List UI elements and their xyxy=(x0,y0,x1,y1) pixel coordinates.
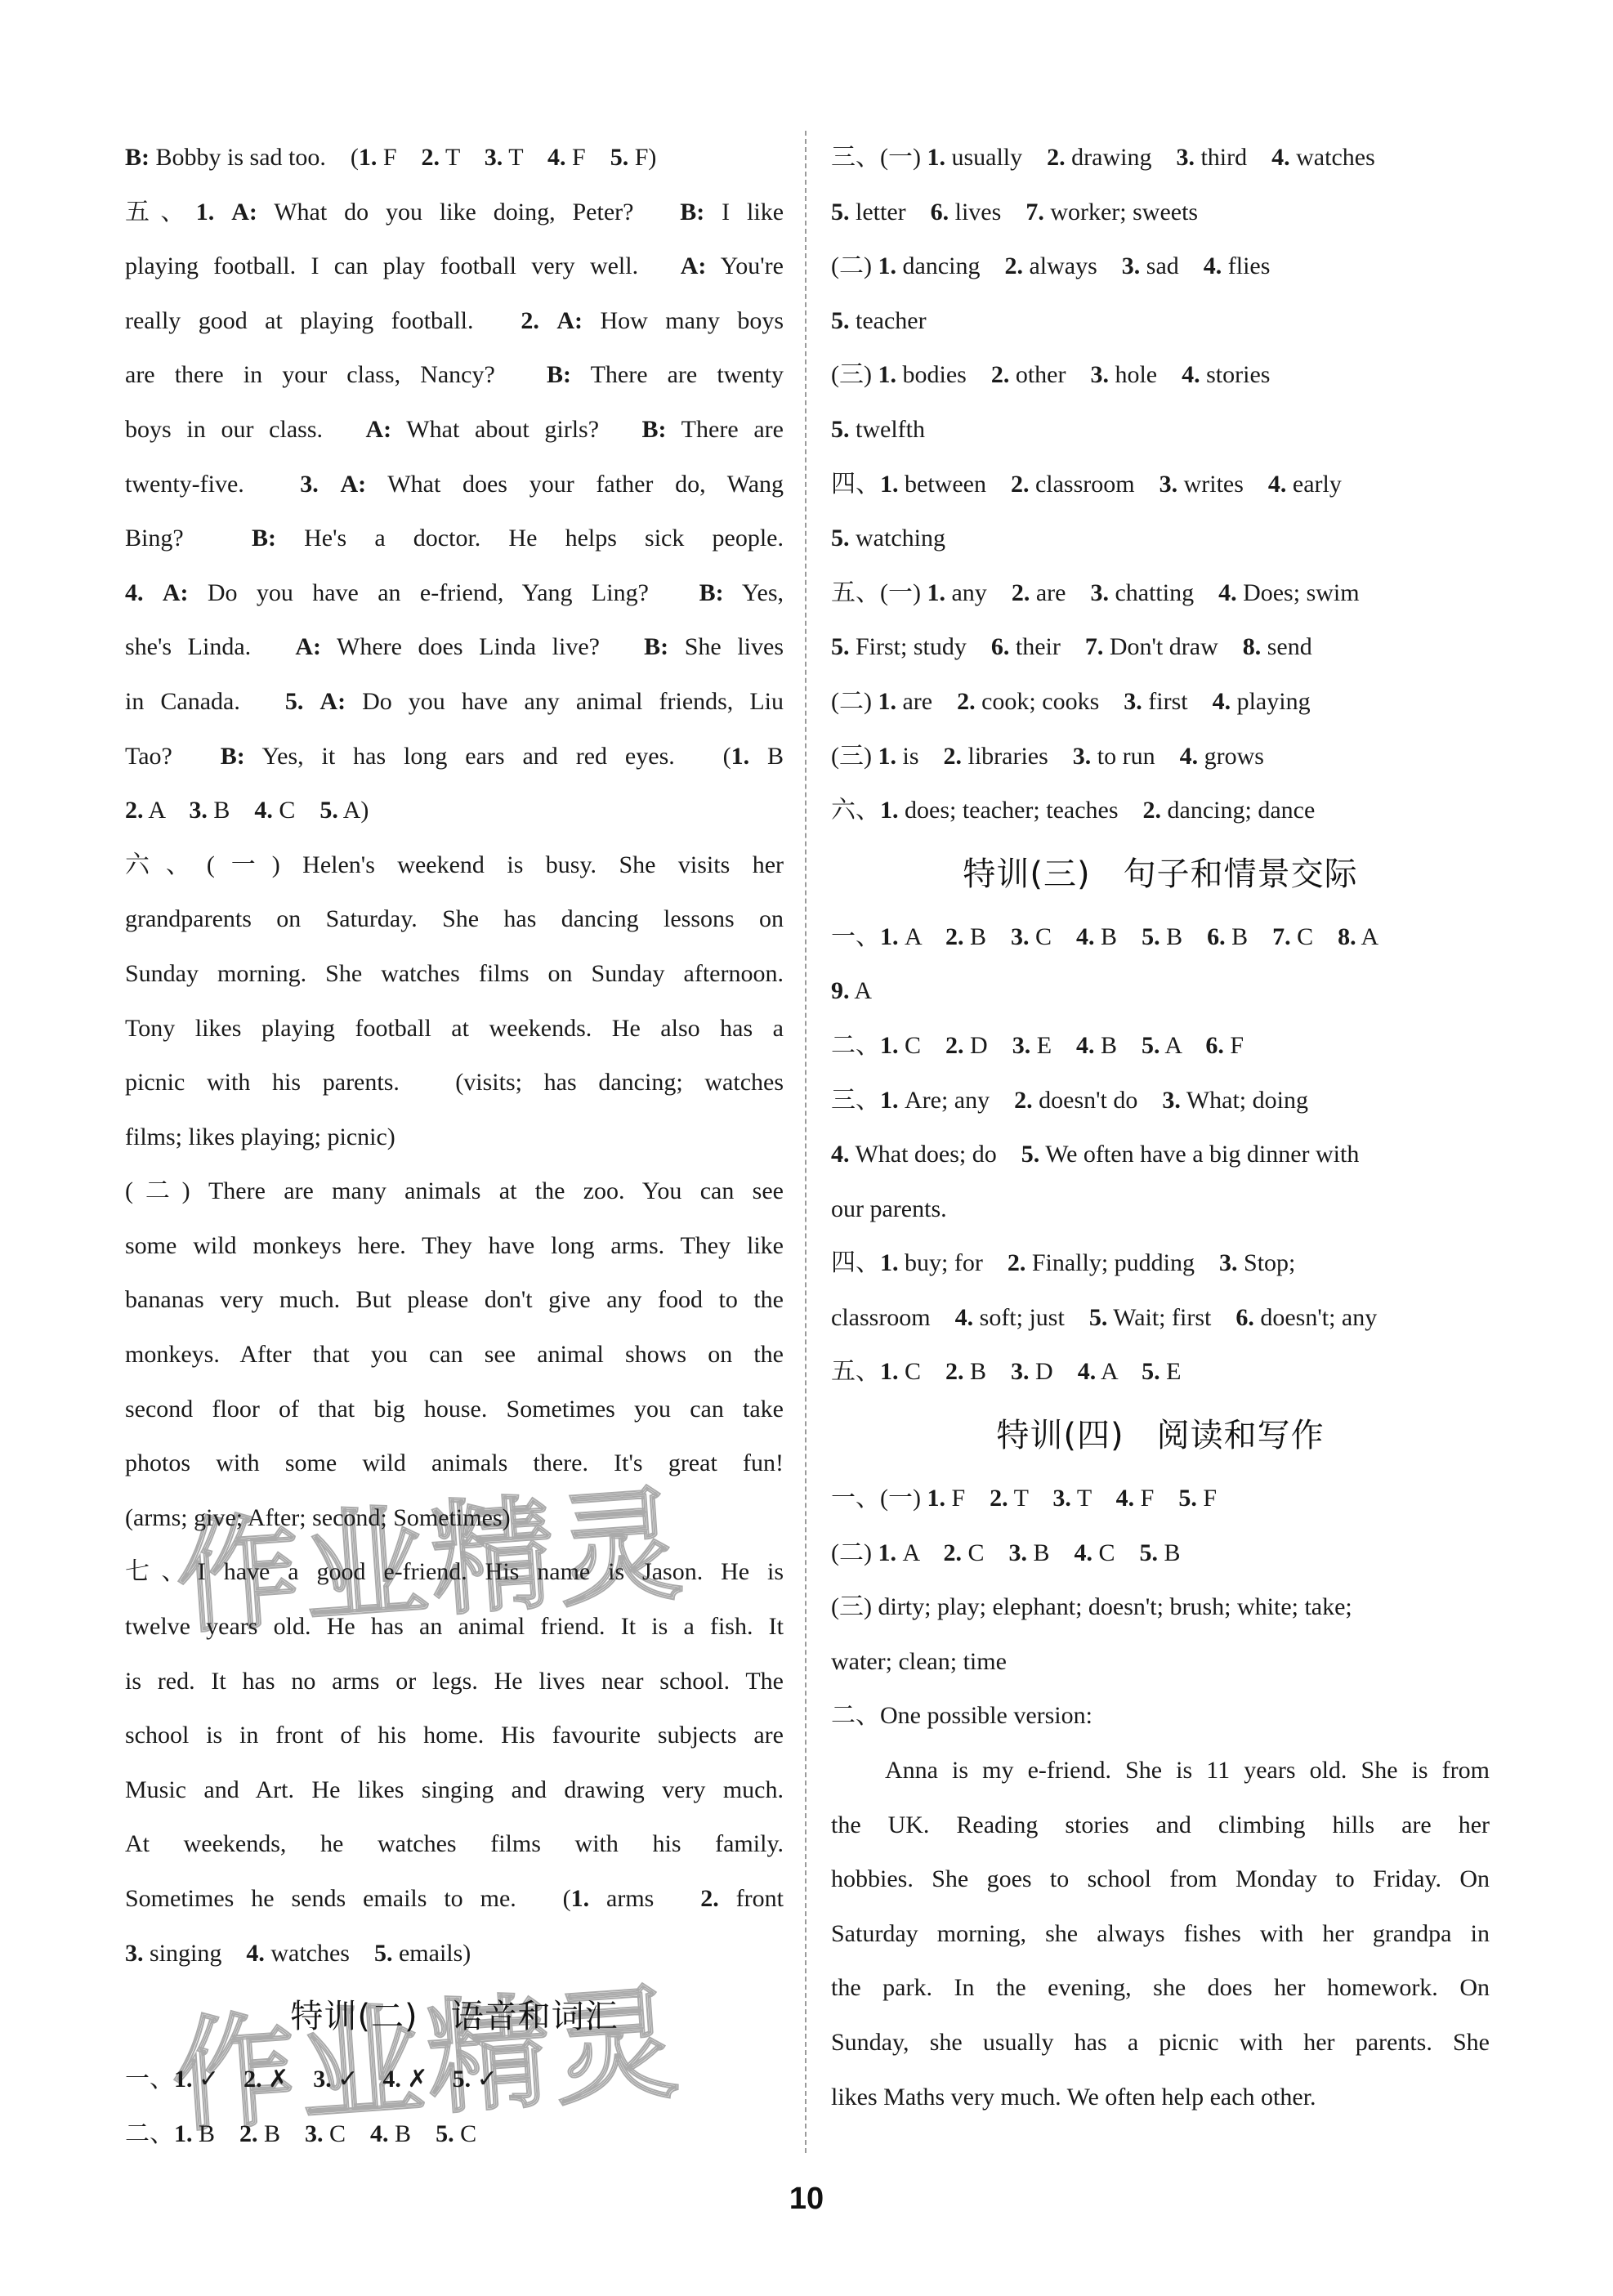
answer-line: monkeys. After that you can see animal s… xyxy=(125,1328,784,1383)
answer-line: she's Linda. A: Where does Linda live? B… xyxy=(125,620,784,675)
answer-line: in Canada. 5. A: Do you have any animal … xyxy=(125,675,784,730)
heading-prefix: 特训(四) xyxy=(996,1417,1124,1454)
answer-line: 七、I have a good e-friend. His name is Ja… xyxy=(125,1545,784,1600)
answer-line: (三) 1. is 2. libraries 3. to run 4. grow… xyxy=(831,730,1490,784)
answer-line: (arms; give; After; second; Sometimes) xyxy=(125,1491,784,1546)
answer-line: picnic with his parents. (visits; has da… xyxy=(125,1056,784,1110)
answer-line: 二、1. C 2. D 3. E 4. B 5. A 6. F xyxy=(831,1019,1490,1074)
answer-line: Tony likes playing football at weekends.… xyxy=(125,1002,784,1056)
answer-line: twelve years old. He has an animal frien… xyxy=(125,1600,784,1655)
answer-line: (二) There are many animals at the zoo. Y… xyxy=(125,1164,784,1219)
answer-line: 4. A: Do you have an e-friend, Yang Ling… xyxy=(125,566,784,621)
answer-line: some wild monkeys here. They have long a… xyxy=(125,1219,784,1274)
answer-line: (二) 1. A 2. C 3. B 4. C 5. B xyxy=(831,1526,1490,1581)
answer-line: Music and Art. He likes singing and draw… xyxy=(125,1763,784,1818)
left-answer-lines: B: Bobby is sad too. (1. F 2. T 3. T 4. … xyxy=(125,131,784,1981)
essay-line: hobbies. She goes to school from Monday … xyxy=(831,1852,1490,1907)
page-number: 10 xyxy=(0,2182,1613,2217)
answer-line: 四、1. between 2. classroom 3. writes 4. e… xyxy=(831,458,1490,512)
answer-line: 三、(一) 1. usually 2. drawing 3. third 4. … xyxy=(831,131,1490,185)
answer-line: At weekends, he watches films with his f… xyxy=(125,1817,784,1872)
essay-line: likes Maths very much. We often help eac… xyxy=(831,2070,1490,2125)
answer-line: 六、(一) Helen's weekend is busy. She visit… xyxy=(125,838,784,893)
answer-line: Sunday morning. She watches films on Sun… xyxy=(125,947,784,1002)
answer-line: 4. What does; do 5. We often have a big … xyxy=(831,1128,1490,1182)
answer-line: 一、1. ✓ 2. ✗ 3. ✓ 4. ✗ 5. ✓ xyxy=(125,2053,784,2107)
sample-essay: Anna is my e-friend. She is 11 years old… xyxy=(831,1744,1490,2124)
section-heading-2: 特训(二)语音和词汇 xyxy=(125,1981,784,2053)
answer-line: 一、1. A 2. B 3. C 4. B 5. B 6. B 7. C 8. … xyxy=(831,910,1490,965)
answer-line: are there in your class, Nancy? B: There… xyxy=(125,348,784,403)
answer-line: (三) dirty; play; elephant; doesn't; brus… xyxy=(831,1580,1490,1635)
answer-line: second floor of that big house. Sometime… xyxy=(125,1383,784,1437)
heading-title: 句子和情景交际 xyxy=(1124,855,1358,893)
answer-line: twenty-five. 3. A: What does your father… xyxy=(125,458,784,512)
answer-line: 2. A 3. B 4. C 5. A) xyxy=(125,784,784,838)
answer-line: grandparents on Saturday. She has dancin… xyxy=(125,892,784,947)
answer-line: 5. letter 6. lives 7. worker; sweets xyxy=(831,185,1490,240)
answer-line: really good at playing football. 2. A: H… xyxy=(125,294,784,349)
answer-line: 五、1. A: What do you like doing, Peter? B… xyxy=(125,185,784,240)
essay-line: the UK. Reading stories and climbing hil… xyxy=(831,1798,1490,1853)
answer-line: 3. singing 4. watches 5. emails) xyxy=(125,1927,784,1981)
answer-line: Sometimes he sends emails to me. (1. arm… xyxy=(125,1872,784,1927)
answer-line: 二、1. B 2. B 3. C 4. B 5. C xyxy=(125,2107,784,2162)
answer-line: 五、1. C 2. B 3. D 4. A 5. E xyxy=(831,1345,1490,1400)
answer-line: (三) 1. bodies 2. other 3. hole 4. storie… xyxy=(831,348,1490,403)
section-3-answers: 一、1. A 2. B 3. C 4. B 5. B 6. B 7. C 8. … xyxy=(831,910,1490,1400)
section-heading-3: 特训(三)句子和情景交际 xyxy=(831,838,1490,910)
section-heading-4: 特训(四)阅读和写作 xyxy=(831,1400,1490,1472)
answer-line: 5. watching xyxy=(831,511,1490,566)
answer-line: 三、1. Are; any 2. doesn't do 3. What; doi… xyxy=(831,1074,1490,1128)
answer-line: Tao? B: Yes, it has long ears and red ey… xyxy=(125,730,784,784)
answer-line: bananas very much. But please don't give… xyxy=(125,1273,784,1328)
answer-line: 5. twelfth xyxy=(831,403,1490,458)
answer-line: 5. teacher xyxy=(831,294,1490,349)
answer-line: (二) 1. dancing 2. always 3. sad 4. flies xyxy=(831,239,1490,294)
answer-line: 五、(一) 1. any 2. are 3. chatting 4. Does;… xyxy=(831,566,1490,621)
heading-prefix: 特训(二) xyxy=(290,1998,418,2035)
essay-line: Anna is my e-friend. She is 11 years old… xyxy=(831,1744,1490,1798)
heading-title: 语音和词汇 xyxy=(451,1998,619,2035)
heading-title: 阅读和写作 xyxy=(1157,1417,1325,1454)
answer-line: classroom 4. soft; just 5. Wait; first 6… xyxy=(831,1291,1490,1346)
answer-line: 5. First; study 6. their 7. Don't draw 8… xyxy=(831,620,1490,675)
right-answer-lines: 三、(一) 1. usually 2. drawing 3. third 4. … xyxy=(831,131,1490,838)
answer-line: boys in our class. A: What about girls? … xyxy=(125,403,784,458)
essay-line: Saturday morning, she always fishes with… xyxy=(831,1907,1490,1962)
answer-line: 四、1. buy; for 2. Finally; pudding 3. Sto… xyxy=(831,1236,1490,1291)
section-2-answers: 一、1. ✓ 2. ✗ 3. ✓ 4. ✗ 5. ✓二、1. B 2. B 3.… xyxy=(125,2053,784,2161)
right-column: 三、(一) 1. usually 2. drawing 3. third 4. … xyxy=(831,131,1490,2124)
column-divider xyxy=(805,131,806,2153)
heading-prefix: 特训(三) xyxy=(963,855,1090,893)
answer-line: 一、(一) 1. F 2. T 3. T 4. F 5. F xyxy=(831,1472,1490,1526)
left-column: B: Bobby is sad too. (1. F 2. T 3. T 4. … xyxy=(125,131,784,2161)
answer-line: 二、One possible version: xyxy=(831,1689,1490,1744)
answer-line: (二) 1. are 2. cook; cooks 3. first 4. pl… xyxy=(831,675,1490,730)
essay-line: Sunday, she usually has a picnic with he… xyxy=(831,2016,1490,2070)
answer-line: is red. It has no arms or legs. He lives… xyxy=(125,1655,784,1709)
answer-line: 9. A xyxy=(831,964,1490,1019)
answer-line: B: Bobby is sad too. (1. F 2. T 3. T 4. … xyxy=(125,131,784,185)
answer-line: films; likes playing; picnic) xyxy=(125,1110,784,1165)
answer-line: our parents. xyxy=(831,1182,1490,1237)
answer-key-page: 作业精灵 作业精灵 B: Bobby is sad too. (1. F 2. … xyxy=(0,0,1613,2296)
answer-line: 六、1. does; teacher; teaches 2. dancing; … xyxy=(831,784,1490,838)
answer-line: Bing? B: He's a doctor. He helps sick pe… xyxy=(125,511,784,566)
answer-line: school is in front of his home. His favo… xyxy=(125,1709,784,1763)
section-4-answers: 一、(一) 1. F 2. T 3. T 4. F 5. F(二) 1. A 2… xyxy=(831,1472,1490,1744)
answer-line: playing football. I can play football ve… xyxy=(125,239,784,294)
essay-line: the park. In the evening, she does her h… xyxy=(831,1961,1490,2016)
answer-line: water; clean; time xyxy=(831,1635,1490,1690)
answer-line: photos with some wild animals there. It'… xyxy=(125,1436,784,1491)
